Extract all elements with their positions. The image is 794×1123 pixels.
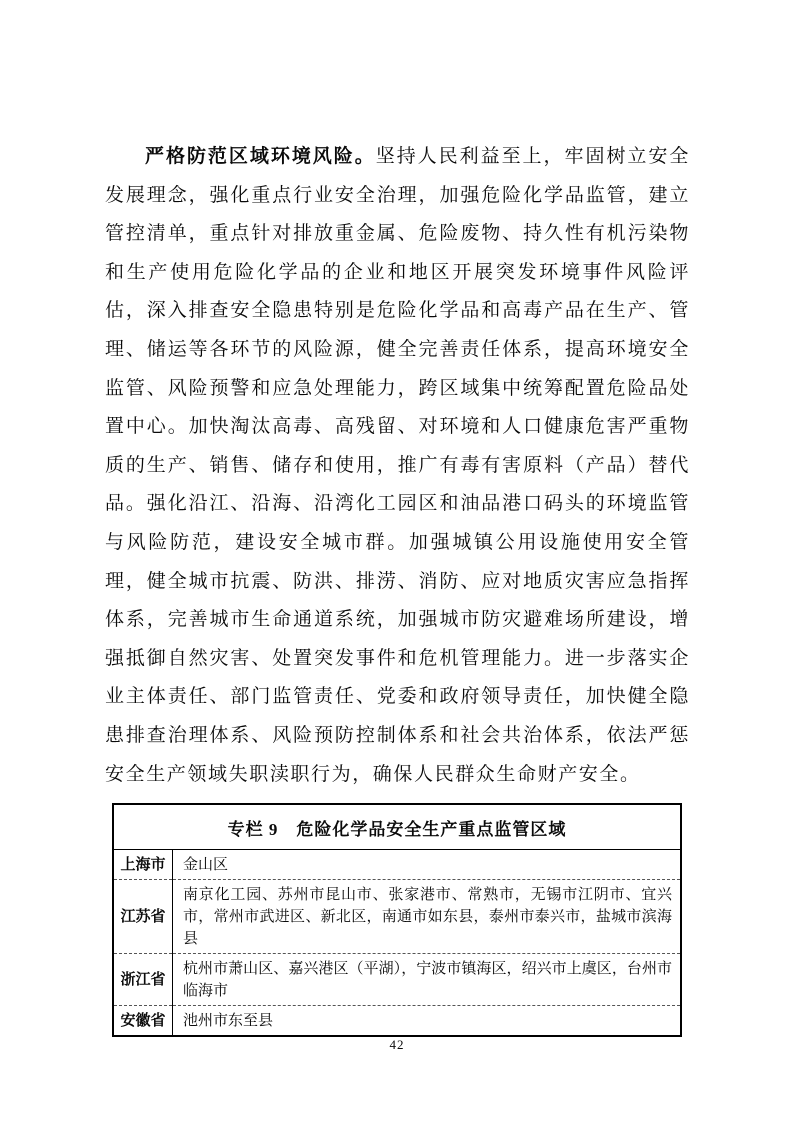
province-cell: 江苏省 bbox=[113, 880, 173, 954]
body-paragraph: 严格防范区域环境风险。坚持人民利益至上，牢固树立安全发展理念，强化重点行业安全治… bbox=[105, 138, 690, 794]
focus-box-table: 专栏 9 危险化学品安全生产重点监管区域 上海市 金山区 江苏省 南京化工园、苏… bbox=[112, 803, 682, 1037]
table-title-row: 专栏 9 危险化学品安全生产重点监管区域 bbox=[113, 804, 681, 850]
table-row: 安徽省 池州市东至县 bbox=[113, 1006, 681, 1037]
page-content: 严格防范区域环境风险。坚持人民利益至上，牢固树立安全发展理念，强化重点行业安全治… bbox=[105, 138, 690, 1037]
areas-cell: 池州市东至县 bbox=[173, 1006, 682, 1037]
province-cell: 安徽省 bbox=[113, 1006, 173, 1037]
province-cell: 上海市 bbox=[113, 850, 173, 880]
areas-cell: 金山区 bbox=[173, 850, 682, 880]
document-page: 严格防范区域环境风险。坚持人民利益至上，牢固树立安全发展理念，强化重点行业安全治… bbox=[0, 0, 794, 1123]
table-row: 上海市 金山区 bbox=[113, 850, 681, 880]
table-title: 专栏 9 危险化学品安全生产重点监管区域 bbox=[113, 804, 681, 850]
paragraph-lead: 严格防范区域环境风险。 bbox=[145, 146, 376, 167]
areas-cell: 杭州市萧山区、嘉兴港区（平湖），宁波市镇海区，绍兴市上虞区，台州市临海市 bbox=[173, 954, 682, 1006]
page-number: 42 bbox=[0, 1037, 794, 1053]
table-row: 江苏省 南京化工园、苏州市昆山市、张家港市、常熟市，无锡市江阴市、宜兴市，常州市… bbox=[113, 880, 681, 954]
paragraph-body: 坚持人民利益至上，牢固树立安全发展理念，强化重点行业安全治理，加强危险化学品监管… bbox=[105, 146, 690, 785]
province-cell: 浙江省 bbox=[113, 954, 173, 1006]
areas-cell: 南京化工园、苏州市昆山市、张家港市、常熟市，无锡市江阴市、宜兴市，常州市武进区、… bbox=[173, 880, 682, 954]
table-row: 浙江省 杭州市萧山区、嘉兴港区（平湖），宁波市镇海区，绍兴市上虞区，台州市临海市 bbox=[113, 954, 681, 1006]
